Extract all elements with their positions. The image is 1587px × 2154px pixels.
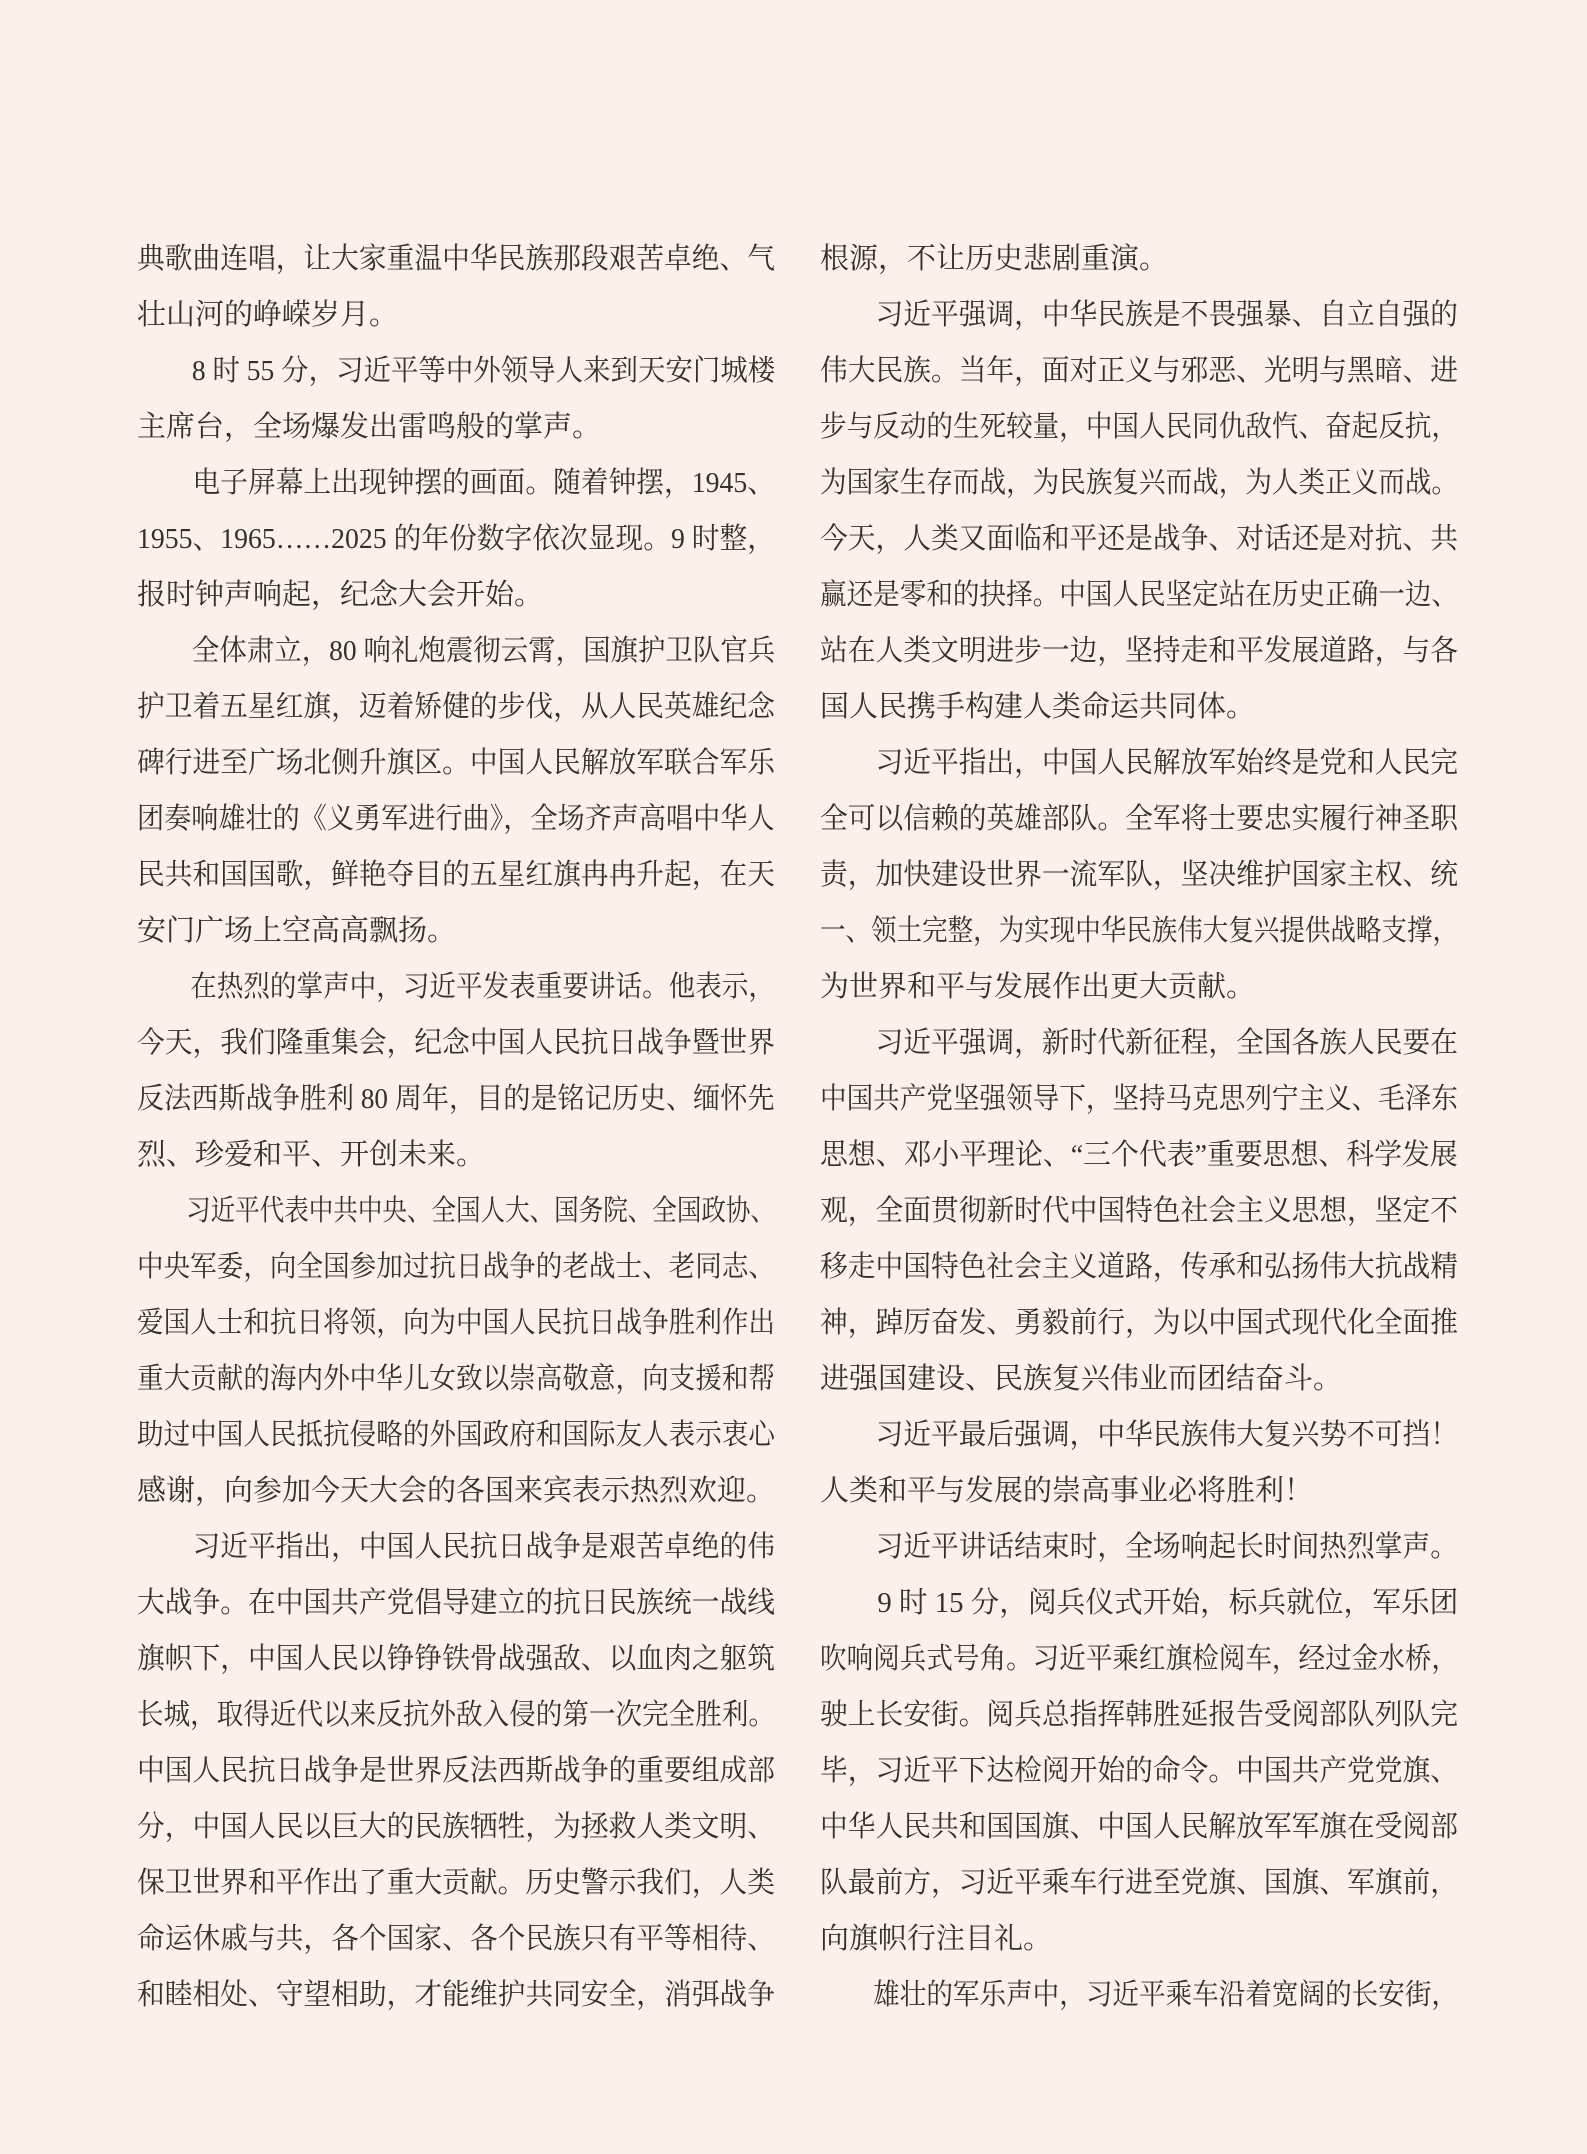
text-line: 护卫着五星红旗，迈着矫健的步伐，从人民英雄纪念 [137,679,747,735]
text-line: 保卫世界和平作出了重大贡献。历史警示我们，人类 [137,1855,747,1911]
text-line: 长城，取得近代以来反抗外敌入侵的第一次完全胜利。 [137,1687,722,1743]
text-line: 人类和平与发展的崇高事业必将胜利！ [820,1463,1458,1519]
text-line: 习近平最后强调，中华民族伟大复兴势不可挡！ [820,1407,1430,1463]
text-line: 反法西斯战争胜利 80 周年，目的是铭记历史、缅怀先 [137,1071,734,1127]
text-line: 典歌曲连唱，让大家重温中华民族那段艰苦卓绝、气 [137,231,747,287]
text-line: 站在人类文明进步一边，坚持走和平发展道路，与各 [820,623,1430,679]
text-line: 移走中国特色社会主义道路，传承和弘扬伟大抗战精 [820,1239,1430,1295]
article-column-left: 典歌曲连唱，让大家重温中华民族那段艰苦卓绝、气壮山河的峥嵘岁月。 8 时 55 … [137,231,775,2023]
text-line: 报时钟声响起，纪念大会开始。 [137,567,775,623]
text-line: 国人民携手构建人类命运共同体。 [820,679,1458,735]
text-line: 习近平强调，新时代新征程，全国各族人民要在 [820,1015,1430,1071]
text-line: 雄壮的军乐声中，习近平乘车沿着宽阔的长安街， [820,1967,1405,2023]
text-line: 习近平指出，中国人民解放军始终是党和人民完 [820,735,1430,791]
text-line: 习近平指出，中国人民抗日战争是艰苦卓绝的伟 [137,1519,747,1575]
text-line: 全可以信赖的英雄部队。全军将士要忠实履行神圣职 [820,791,1430,847]
text-line: 神，踔厉奋发、勇毅前行，为以中国式现代化全面推 [820,1295,1430,1351]
text-line: 伟大民族。当年，面对正义与邪恶、光明与黑暗、进 [820,343,1430,399]
text-line: 观，全面贯彻新时代中国特色社会主义思想，坚定不 [820,1183,1430,1239]
text-line: 重大贡献的海内外中华儿女致以崇高敬意，向支援和帮 [137,1351,722,1407]
text-line: 民共和国国歌，鲜艳夺目的五星红旗冉冉升起，在天 [137,847,747,903]
text-line: 今天，我们隆重集会，纪念中国人民抗日战争暨世界 [137,1015,747,1071]
document-page: 典歌曲连唱，让大家重温中华民族那段艰苦卓绝、气壮山河的峥嵘岁月。 8 时 55 … [0,0,1587,2154]
text-line: 大战争。在中国共产党倡导建立的抗日民族统一战线 [137,1575,747,1631]
text-line: 今天，人类又面临和平还是战争、对话还是对抗、共 [820,511,1430,567]
text-line: 向旗帜行注目礼。 [820,1911,1458,1967]
text-line: 旗帜下，中国人民以铮铮铁骨战强敌、以血肉之躯筑 [137,1631,747,1687]
article-column-right: 根源，不让历史悲剧重演。 习近平强调，中华民族是不畏强暴、自立自强的伟大民族。当… [820,231,1458,2023]
article-body: 典歌曲连唱，让大家重温中华民族那段艰苦卓绝、气壮山河的峥嵘岁月。 8 时 55 … [137,231,1458,2023]
text-line: 分，中国人民以巨大的民族牺牲，为拯救人类文明、 [137,1799,747,1855]
text-line: 步与反动的生死较量，中国人民同仇敌忾、奋起反抗， [820,399,1405,455]
text-line: 一、领土完整，为实现中华民族伟大复兴提供战略支撑， [820,903,1381,959]
text-line: 在热烈的掌声中，习近平发表重要讲话。他表示， [137,959,722,1015]
text-line: 为世界和平与发展作出更大贡献。 [820,959,1458,1015]
text-line: 习近平强调，中华民族是不畏强暴、自立自强的 [820,287,1430,343]
text-line: 电子屏幕上出现钟摆的画面。随着钟摆，1945、 [137,455,747,511]
text-line: 命运休戚与共，各个国家、各个民族只有平等相待、 [137,1911,747,1967]
text-line: 毕，习近平下达检阅开始的命令。中国共产党党旗、 [820,1743,1430,1799]
text-line: 中央军委，向全国参加过抗日战争的老战士、老同志、 [137,1239,722,1295]
text-line: 助过中国人民抵抗侵略的外国政府和国际友人表示衷心 [137,1407,722,1463]
text-line: 烈、珍爱和平、开创未来。 [137,1127,775,1183]
text-line: 8 时 55 分，习近平等中外领导人来到天安门城楼 [137,343,741,399]
text-line: 赢还是零和的抉择。中国人民坚定站在历史正确一边、 [820,567,1405,623]
text-line: 中国共产党坚强领导下，坚持马克思列宁主义、毛泽东 [820,1071,1405,1127]
text-line: 习近平讲话结束时，全场响起长时间热烈掌声。 [820,1519,1430,1575]
text-line: 壮山河的峥嵘岁月。 [137,287,775,343]
text-line: 驶上长安街。阅兵总指挥韩胜延报告受阅部队列队完 [820,1687,1430,1743]
text-line: 为国家生存而战，为民族复兴而战，为人类正义而战。 [820,455,1405,511]
text-line: 感谢，向参加今天大会的各国来宾表示热烈欢迎。 [137,1463,775,1519]
text-line: 进强国建设、民族复兴伟业而团结奋斗。 [820,1351,1458,1407]
text-line: 安门广场上空高高飘扬。 [137,903,775,959]
text-line: 队最前方，习近平乘车行进至党旗、国旗、军旗前， [820,1855,1430,1911]
text-line: 习近平代表中共中央、全国人大、国务院、全国政协、 [137,1183,677,1239]
text-line: 中国人民抗日战争是世界反法西斯战争的重要组成部 [137,1743,747,1799]
text-line: 责，加快建设世界一流军队，坚决维护国家主权、统 [820,847,1430,903]
text-line: 全体肃立，80 响礼炮震彻云霄，国旗护卫队官兵 [137,623,741,679]
text-line: 1955、1965……2025 的年份数字依次显现。9 时整， [137,511,747,567]
text-line: 中华人民共和国国旗、中国人民解放军军旗在受阅部 [820,1799,1430,1855]
text-line: 主席台，全场爆发出雷鸣般的掌声。 [137,399,775,455]
text-line: 团奏响雄壮的《义勇军进行曲》，全场齐声高唱中华人 [137,791,734,847]
text-line: 爱国人士和抗日将领，向为中国人民抗日战争胜利作出 [137,1295,722,1351]
text-line: 吹响阅兵式号角。习近平乘红旗检阅车，经过金水桥， [820,1631,1405,1687]
text-line: 和睦相处、守望相助，才能维护共同安全，消弭战争 [137,1967,747,2023]
text-line: 根源，不让历史悲剧重演。 [820,231,1458,287]
text-line: 碑行进至广场北侧升旗区。中国人民解放军联合军乐 [137,735,747,791]
text-line: 思想、邓小平理论、“三个代表”重要思想、科学发展 [820,1127,1433,1183]
text-line: 9 时 15 分，阅兵仪式开始，标兵就位，军乐团 [820,1575,1451,1631]
